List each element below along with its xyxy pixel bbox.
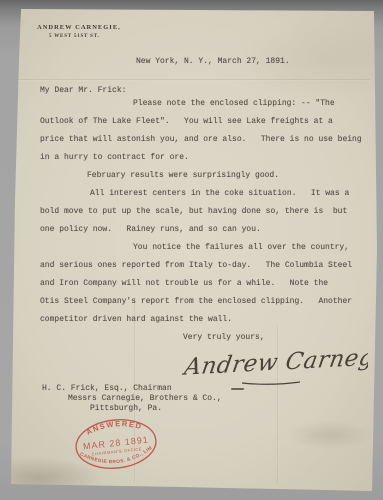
body-line: price that will astonish you, and ore al… [40, 135, 362, 144]
body-line: February results were surprisingly good. [87, 171, 279, 180]
body-line: competitor driven hard against the wall. [40, 315, 232, 324]
body-line: in a hurry to contract for ore. [40, 153, 189, 162]
signature-underline [242, 382, 300, 384]
recipient-company: Messrs Carnegie, Brothers & Co., [68, 394, 222, 403]
signature-text: Andrew Carnegie [181, 343, 368, 381]
body-line: Otis Steel Company's report from the enc… [40, 297, 352, 306]
pencil-dash-annotation [231, 388, 244, 390]
body-line: and Iron Company will not trouble us for… [40, 279, 328, 288]
body-line: All interest centers in the coke situati… [90, 189, 349, 198]
salutation: My Dear Mr. Frick: [40, 86, 126, 95]
fold-crease-horizontal [18, 79, 370, 81]
signature: Andrew Carnegie [176, 338, 368, 394]
body-line: Please note the enclosed clipping: -- "T… [133, 99, 335, 108]
body-line: You notice the failures all over the cou… [133, 243, 349, 252]
body-line: and serious ones reported from Italy to-… [40, 261, 352, 270]
body-line: Outlook of The Lake Fleet". You will see… [40, 117, 333, 126]
letterhead-address: 5 WEST 51ST ST. [49, 34, 100, 39]
letterhead-name: ANDREW CARNEGIE, [37, 24, 121, 31]
body-line: one policy now. Rainey runs, and so can … [40, 225, 261, 234]
answered-stamp: ANSWERED MAR 28 1891 CHAIRMAN'S OFFICE C… [50, 400, 181, 489]
recipient-name: H. C. Frick, Esq., Chairman [42, 384, 172, 393]
dateline: New York, N. Y., March 27, 1891. [136, 57, 290, 66]
scanned-letter-photo: ANDREW CARNEGIE, 5 WEST 51ST ST. New Yor… [0, 0, 383, 500]
body-line: bold move to put up the scale, but havin… [40, 207, 347, 216]
